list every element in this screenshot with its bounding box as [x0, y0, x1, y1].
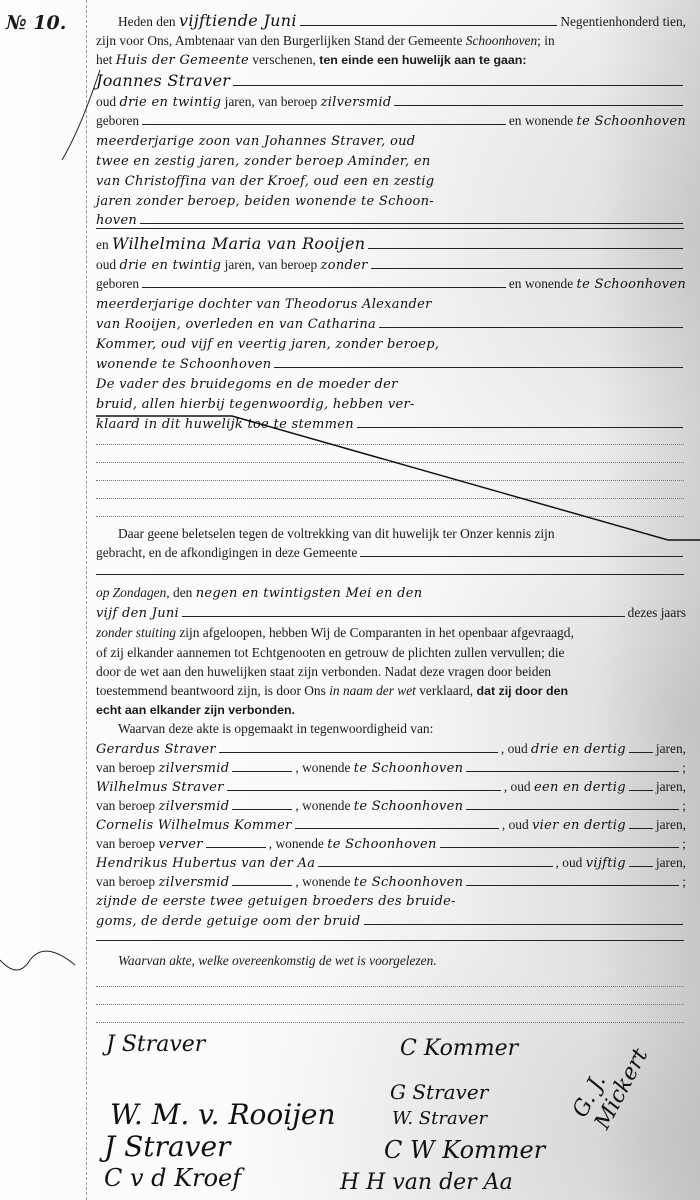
pen-strokes [0, 0, 700, 1200]
document-page: № 10. Heden den vijftiende Juni Negentie… [0, 0, 700, 1200]
